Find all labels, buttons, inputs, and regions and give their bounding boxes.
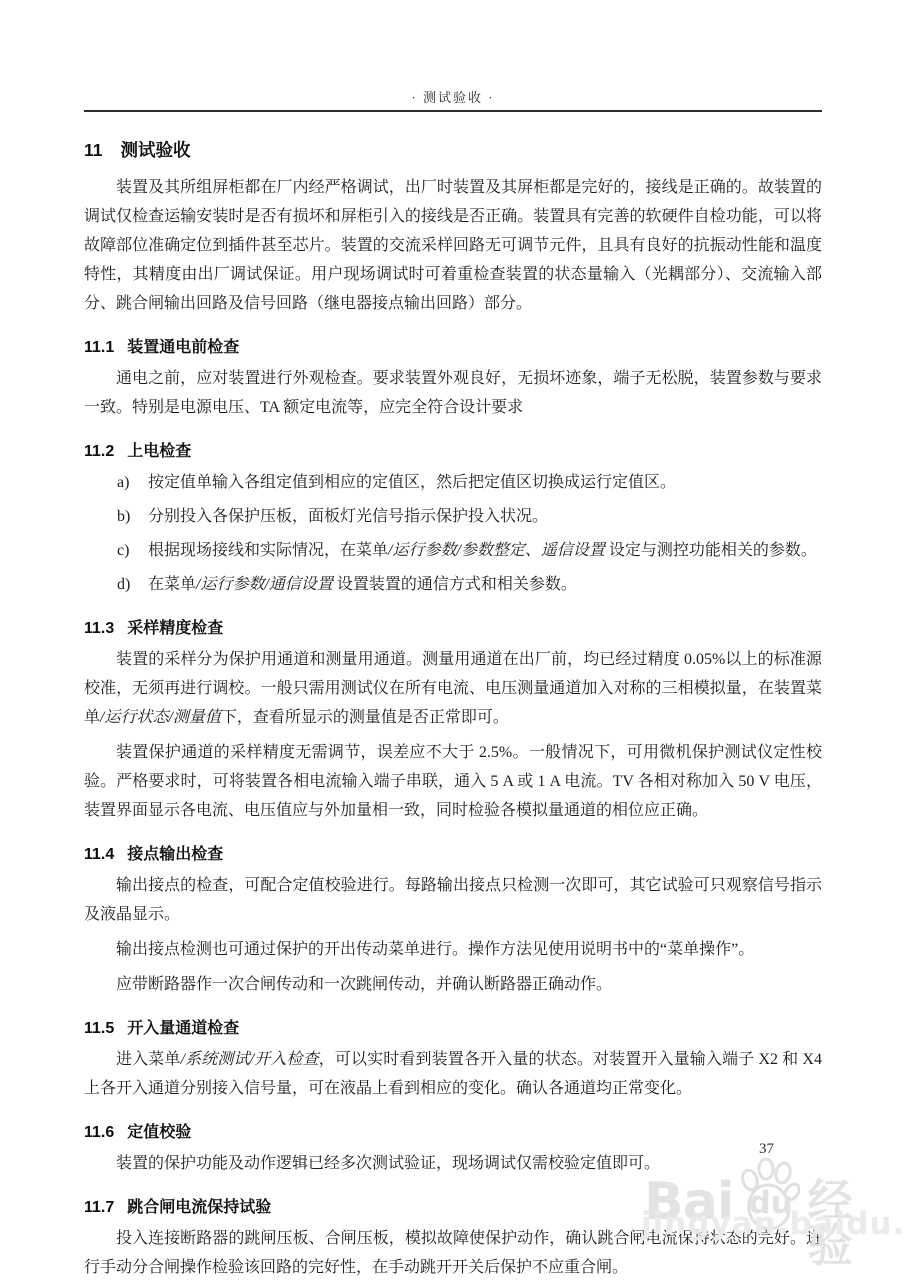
section-title: 上电检查 <box>127 443 191 460</box>
list-text: 根据现场接线和实际情况，在菜单 <box>148 542 388 559</box>
list-item-b: b)分别投入各保护压板，面板灯光信号指示保护投入状况。 <box>84 502 822 531</box>
menu-path: /运行参数/参数整定、遥信设置 <box>388 542 605 559</box>
page-content: · 测试验收 · 11测试验收 装置及其所组屏柜都在厂内经严格调试，出厂时装置及… <box>84 0 822 1280</box>
menu-path: /运行状态/测量值 <box>100 709 221 726</box>
paragraph: 输出接点的检查，可配合定值校验进行。每路输出接点只检测一次即可，其它试验可只观察… <box>84 871 822 929</box>
paragraph-text: 下，查看所显示的测量值是否正常即可。 <box>221 709 509 726</box>
list-item-a: a)按定值单输入各组定值到相应的定值区，然后把定值区切换成运行定值区。 <box>84 468 822 497</box>
section-number: 11.3 <box>84 620 114 637</box>
list-text: 分别投入各保护压板，面板灯光信号指示保护投入状况。 <box>148 508 548 525</box>
section-title: 测试验收 <box>121 140 191 160</box>
section-number: 11.7 <box>84 1199 114 1216</box>
paragraph: 装置及其所组屏柜都在厂内经严格调试，出厂时装置及其屏柜都是完好的，接线是正确的。… <box>84 173 822 318</box>
list-marker: d) <box>117 570 130 599</box>
paragraph: 进入菜单/系统测试/开入检查，可以实时看到装置各开入量的状态。对装置开入量输入端… <box>84 1045 822 1103</box>
section-heading-11-4: 11.4接点输出检查 <box>84 841 822 864</box>
list-marker: b) <box>117 502 130 531</box>
watermark-url: jingyan.baidu.com <box>641 1206 904 1242</box>
section-heading-11: 11测试验收 <box>84 137 822 162</box>
list-text: 在菜单 <box>148 576 196 593</box>
paragraph: 应带断路器作一次合闸传动和一次跳闸传动，并确认断路器正确动作。 <box>84 970 822 999</box>
section-heading-11-5: 11.5开入量通道检查 <box>84 1015 822 1038</box>
list-text: 设置装置的通信方式和相关参数。 <box>333 576 577 593</box>
section-number: 11.1 <box>84 339 114 356</box>
section-title: 接点输出检查 <box>127 846 223 863</box>
list-marker: a) <box>117 468 129 497</box>
section-number: 11 <box>84 140 103 160</box>
menu-path: /运行参数/通信设置 <box>196 576 333 593</box>
paragraph: 装置的采样分为保护用通道和测量用通道。测量用通道在出厂前，均已经过精度 0.05… <box>84 645 822 732</box>
running-head: · 测试验收 · <box>84 0 822 106</box>
section-title: 装置通电前检查 <box>127 339 239 356</box>
list-item-c: c)根据现场接线和实际情况，在菜单/运行参数/参数整定、遥信设置 设定与测控功能… <box>84 536 822 565</box>
ordered-list: a)按定值单输入各组定值到相应的定值区，然后把定值区切换成运行定值区。 b)分别… <box>84 468 822 599</box>
paragraph: 输出接点检测也可通过保护的开出传动菜单进行。操作方法见使用说明书中的“菜单操作”… <box>84 935 822 964</box>
paragraph-text: 进入菜单 <box>116 1051 181 1068</box>
document-page: · 测试验收 · 11测试验收 装置及其所组屏柜都在厂内经严格调试，出厂时装置及… <box>0 0 904 1280</box>
list-marker: c) <box>117 536 129 565</box>
section-heading-11-3: 11.3采样精度检查 <box>84 615 822 638</box>
section-number: 11.6 <box>84 1124 114 1141</box>
paragraph: 装置保护通道的采样精度无需调节，误差应不大于 2.5%。一般情况下，可用微机保护… <box>84 738 822 825</box>
menu-path: /系统测试/开入检查 <box>181 1051 319 1068</box>
section-title: 定值校验 <box>127 1124 191 1141</box>
section-number: 11.4 <box>84 846 114 863</box>
list-item-d: d)在菜单/运行参数/通信设置 设置装置的通信方式和相关参数。 <box>84 570 822 599</box>
header-rule <box>84 110 822 112</box>
list-text: 按定值单输入各组定值到相应的定值区，然后把定值区切换成运行定值区。 <box>148 474 676 491</box>
section-title: 采样精度检查 <box>127 620 223 637</box>
section-heading-11-2: 11.2上电检查 <box>84 438 822 461</box>
section-title: 开入量通道检查 <box>127 1020 239 1037</box>
section-title: 跳合闸电流保持试验 <box>127 1199 271 1216</box>
section-heading-11-6: 11.6定值校验 <box>84 1119 822 1142</box>
list-text: 设定与测控功能相关的参数。 <box>605 542 817 559</box>
section-number: 11.2 <box>84 443 114 460</box>
section-heading-11-1: 11.1装置通电前检查 <box>84 334 822 357</box>
section-number: 11.5 <box>84 1020 114 1037</box>
paragraph: 通电之前，应对装置进行外观检查。要求装置外观良好，无损坏迹象，端子无松脱，装置参… <box>84 364 822 422</box>
page-number: 37 <box>759 1141 774 1158</box>
